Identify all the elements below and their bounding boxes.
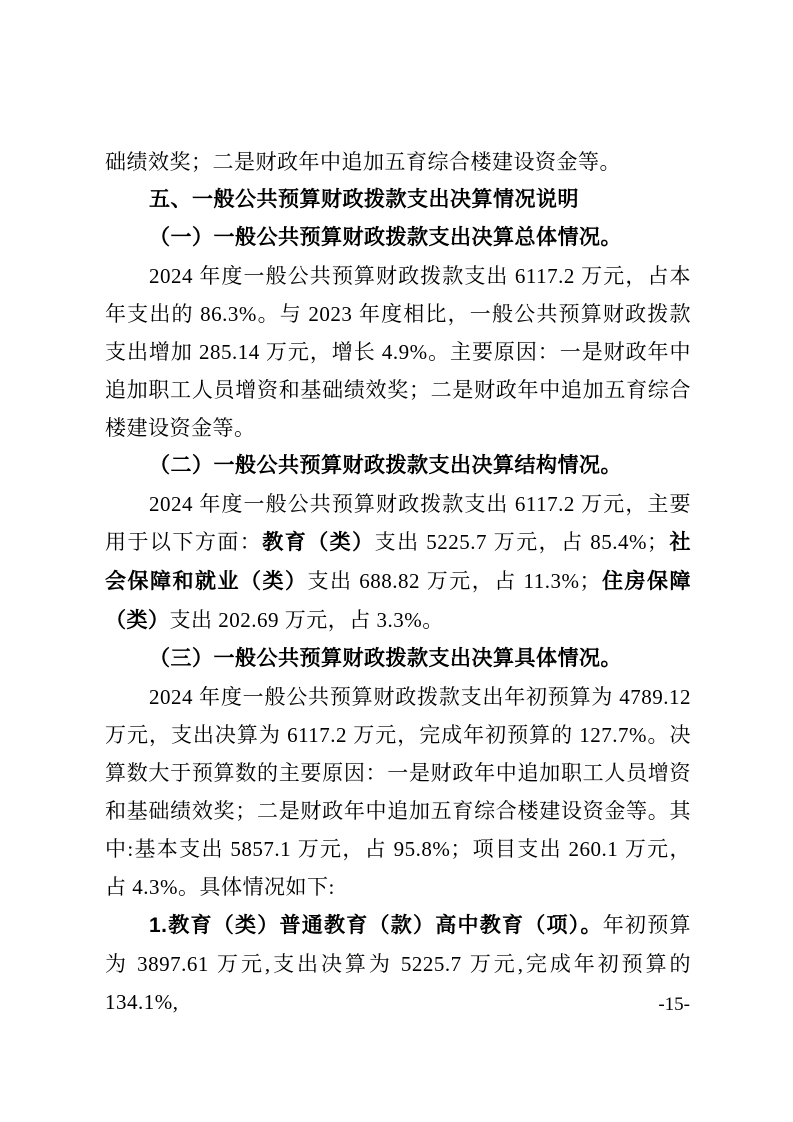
- paragraph: 2024 年度一般公共预算财政拨款支出年初预算为 4789.12 万元，支出决算…: [105, 678, 691, 906]
- document-page: 础绩效奖；二是财政年中追加五育综合楼建设资金等。五、一般公共预算财政拨款支出决算…: [0, 0, 793, 1122]
- text-segment: 教育（类）: [262, 531, 374, 554]
- page-number: -15-: [658, 993, 690, 1017]
- section-heading: （三）一般公共预算财政拨款支出决算具体情况。: [105, 640, 691, 678]
- section-heading: 五、一般公共预算财政拨款支出决算情况说明: [105, 181, 691, 219]
- text-segment: 1.教育（类）普通教育（款）高中教育（项）。: [149, 914, 603, 937]
- text-segment: （二）一般公共预算财政拨款支出决算结构情况。: [149, 454, 622, 477]
- text-segment: （一）一般公共预算财政拨款支出决算总体情况。: [149, 226, 622, 249]
- text-segment: 支出 5225.7 万元，占 85.4%；: [375, 530, 669, 554]
- text-segment: 础绩效奖；二是财政年中追加五育综合楼建设资金等。: [105, 150, 621, 174]
- paragraph: 1.教育（类）普通教育（款）高中教育（项）。年初预算为 3897.61 万元,支…: [105, 906, 691, 1021]
- text-segment: 2024 年度一般公共预算财政拨款支出 6117.2 万元，占本年支出的 86.…: [105, 264, 691, 440]
- text-segment: 支出 202.69 万元，占 3.3%。: [170, 608, 444, 632]
- paragraph: 2024 年度一般公共预算财政拨款支出 6117.2 万元，主要用于以下方面：教…: [105, 485, 691, 640]
- section-heading: （一）一般公共预算财政拨款支出决算总体情况。: [105, 219, 691, 257]
- text-segment: （三）一般公共预算财政拨款支出决算具体情况。: [149, 647, 622, 670]
- paragraph: 础绩效奖；二是财政年中追加五育综合楼建设资金等。: [105, 143, 691, 181]
- text-segment: 2024 年度一般公共预算财政拨款支出年初预算为 4789.12 万元，支出决算…: [105, 685, 691, 899]
- section-heading: （二）一般公共预算财政拨款支出决算结构情况。: [105, 447, 691, 485]
- document-body: 础绩效奖；二是财政年中追加五育综合楼建设资金等。五、一般公共预算财政拨款支出决算…: [105, 143, 691, 1021]
- text-segment: 支出 688.82 万元，占 11.3%；: [308, 569, 601, 593]
- paragraph: 2024 年度一般公共预算财政拨款支出 6117.2 万元，占本年支出的 86.…: [105, 257, 691, 447]
- text-segment: 五、一般公共预算财政拨款支出决算情况说明: [149, 188, 579, 211]
